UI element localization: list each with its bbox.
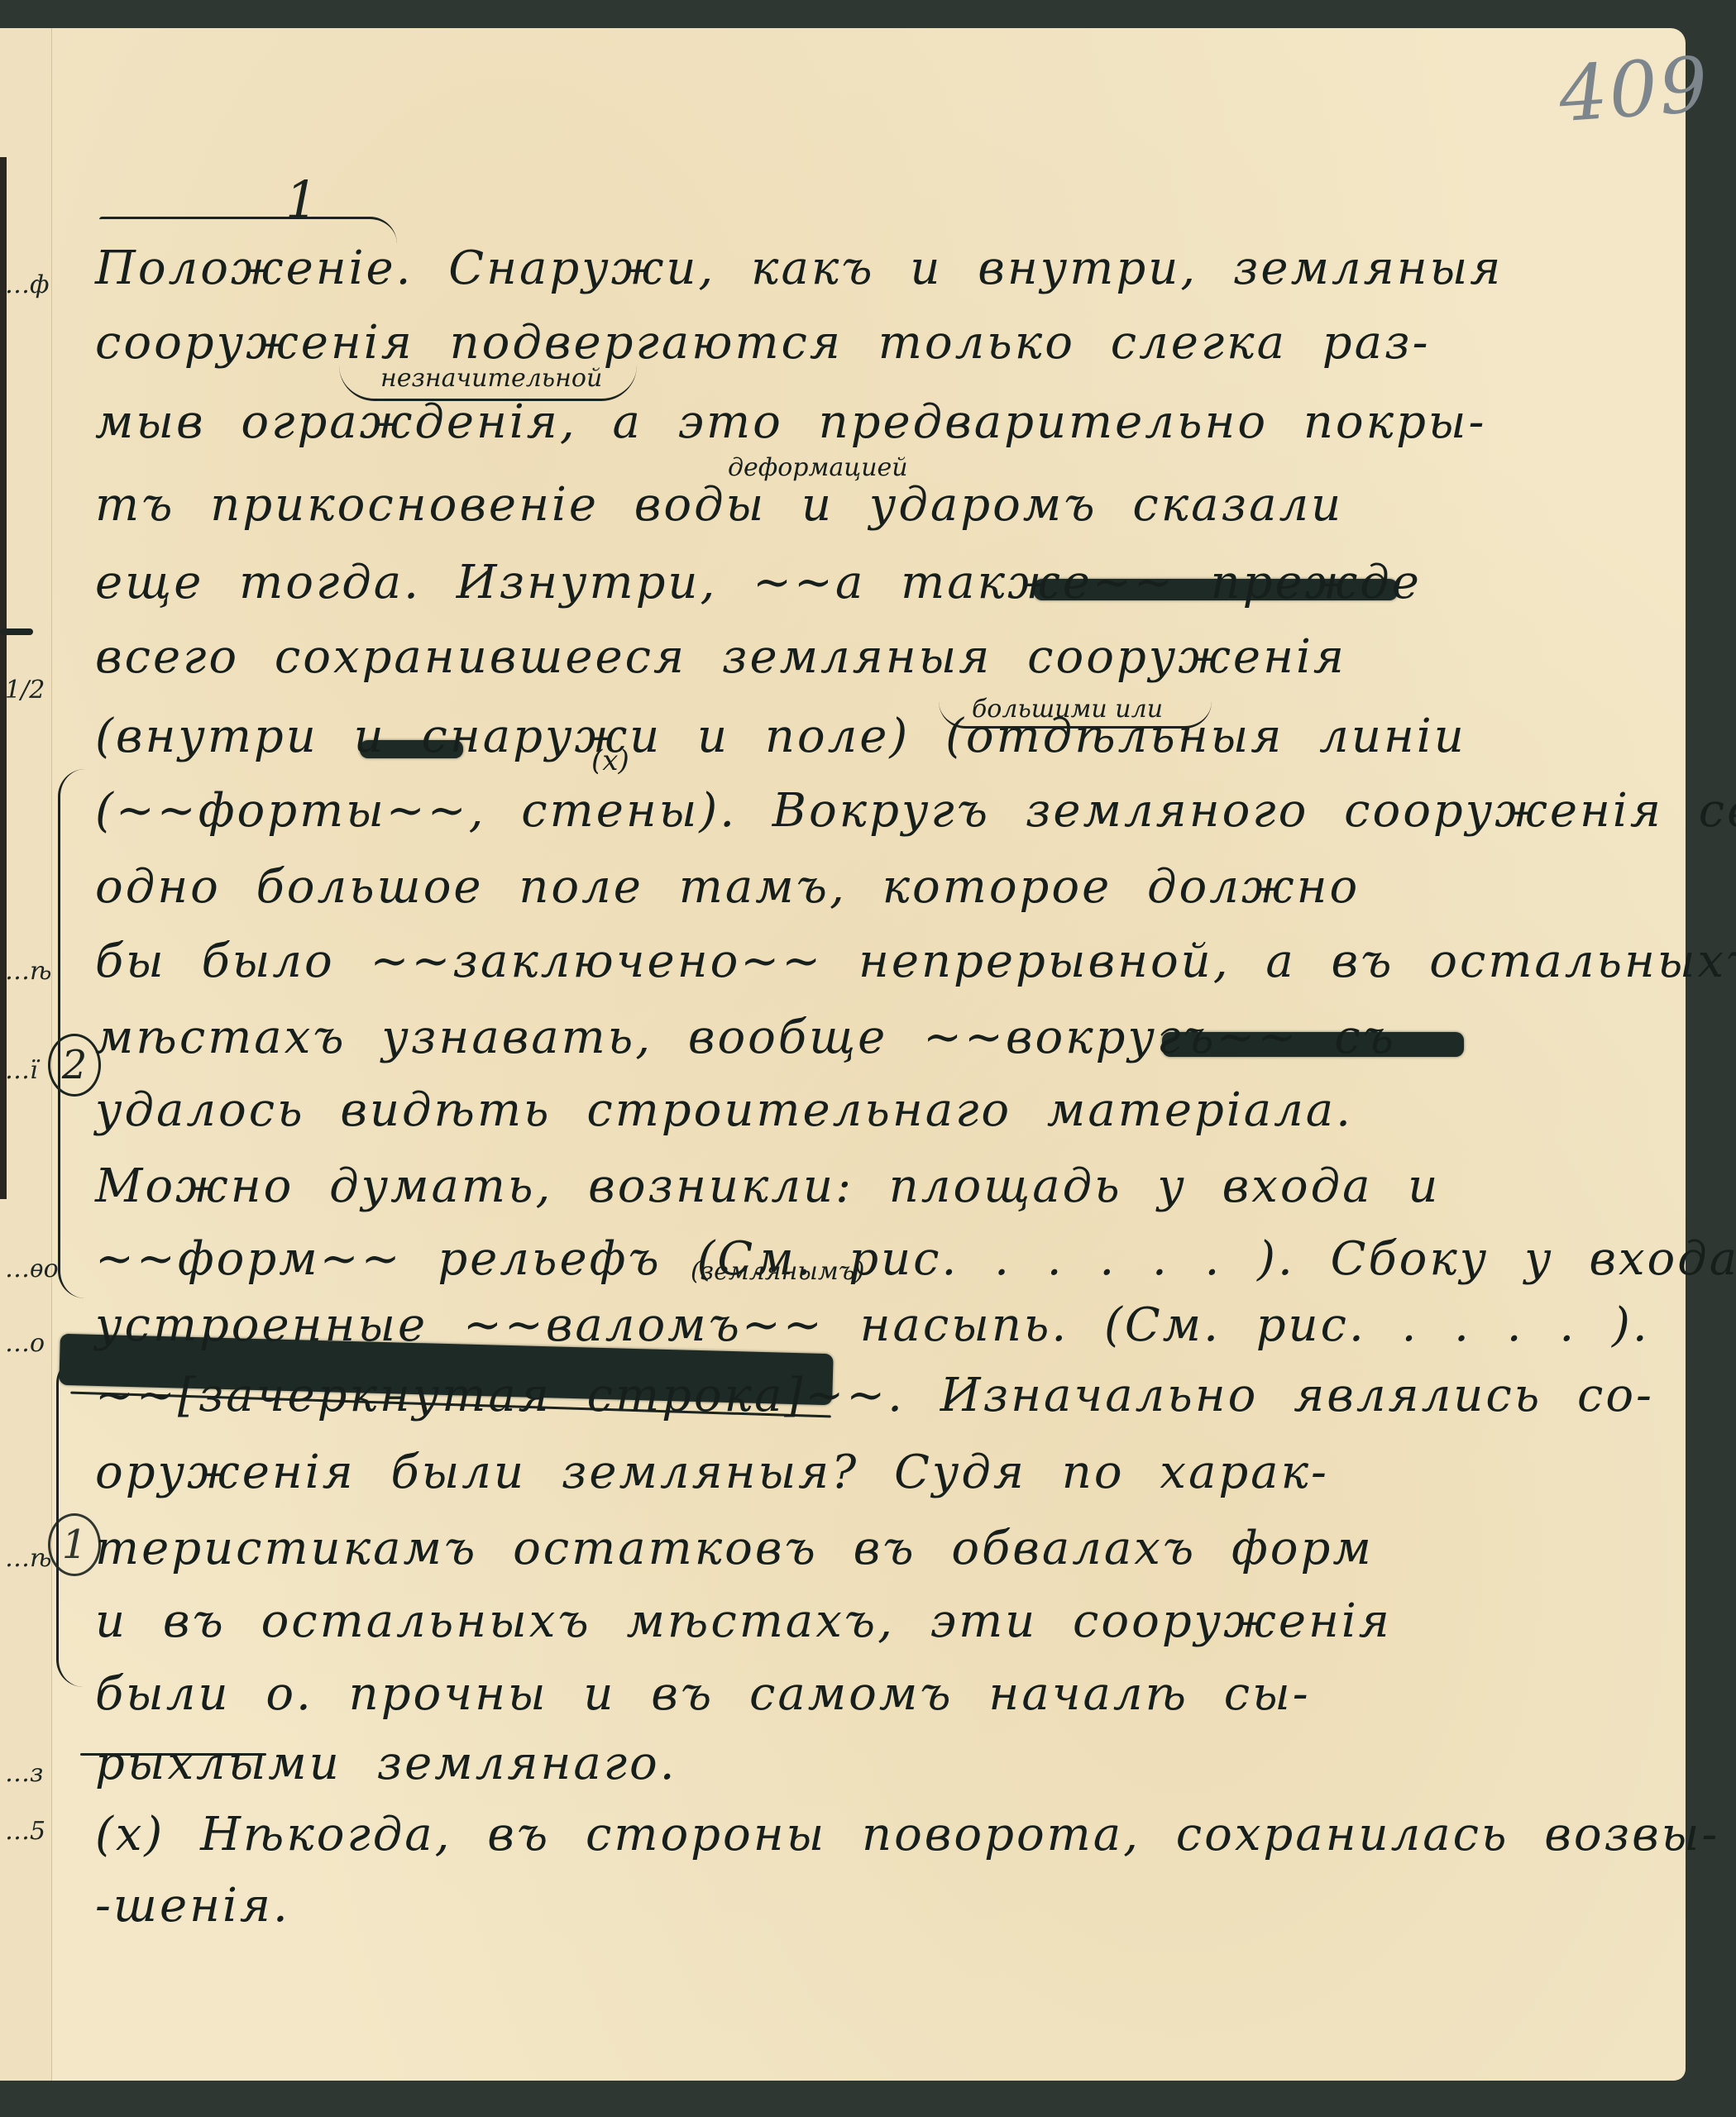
text-line: тъ прикосновеніе воды и ударомъ сказали <box>95 478 1343 532</box>
margin-fragment: …о <box>5 1331 45 1356</box>
text-line: рыхлыми землянаго. <box>95 1737 677 1790</box>
heading-overline <box>99 217 397 244</box>
text-line: удалось видѣть строительнаго матеріала. <box>95 1083 1353 1137</box>
text-line: и въ остальныхъ мѣстахъ, эти сооруженія <box>95 1594 1392 1648</box>
margin-fragment: …ф <box>5 273 49 298</box>
margin-fragment: …ѣ <box>5 1546 51 1571</box>
text-line: Положеніе. Снаружи, какъ и внутри, земля… <box>95 241 1503 295</box>
text-line: всего сохранившееся земляныя сооруженія <box>95 630 1346 684</box>
circled-number-2: 2 <box>48 1034 101 1097</box>
margin-fragment: …ї <box>5 1058 38 1083</box>
text-line: (внутри и снаружи и поле) (отдѣльныя лин… <box>95 710 1466 763</box>
text-line: мыв огражденія, а это предварительно пок… <box>95 395 1486 449</box>
footnote-line: (x) Нѣкогда, въ стороны поворота, сохран… <box>95 1808 1719 1861</box>
text-line: еще тогда. Изнутри, ~~а также~~ прежде <box>95 556 1422 609</box>
text-line: оруженія были земляныя? Судя по харак- <box>95 1446 1329 1499</box>
text-line: ~~форм~~ рельефъ (См. рис. . . . . . ). … <box>95 1232 1736 1286</box>
circled-number-1: 1 <box>48 1513 101 1576</box>
text-line: одно большое поле тамъ, которое должно <box>95 860 1360 914</box>
footnote-line: -шенія. <box>95 1879 290 1933</box>
margin-dash <box>0 628 33 635</box>
text-line: устроенные ~~валомъ~~ насыпь. (См. рис. … <box>95 1298 1650 1352</box>
text-line: теристикамъ остатковъ въ обвалахъ форм <box>95 1522 1374 1575</box>
text-line: Можно думать, возникли: площадь у входа … <box>95 1159 1440 1213</box>
margin-fragment: …5 <box>5 1819 45 1844</box>
text-line: мѣстахъ узнавать, вообще ~~вокругъ~~ съ <box>95 1011 1396 1064</box>
margin-fragment: 1/2 <box>5 678 45 703</box>
text-line: ~~[зачеркнутая строка]~~. Изначально явл… <box>95 1369 1654 1422</box>
text-line: были о. прочны и въ самомъ началѣ сы- <box>95 1667 1311 1721</box>
margin-fragment: …ѳо <box>5 1257 59 1282</box>
text-line: бы было ~~заключено~~ непрерывной, а въ … <box>95 934 1736 988</box>
page-number: 409 <box>1556 41 1712 139</box>
text-line: (~~форты~~, стены). Вокругъ земляного со… <box>95 784 1736 838</box>
text-line: сооруженія подвергаются только слегка ра… <box>95 316 1431 370</box>
margin-fragment: …з <box>5 1761 43 1786</box>
margin-fragment: …ѣ <box>5 959 51 984</box>
